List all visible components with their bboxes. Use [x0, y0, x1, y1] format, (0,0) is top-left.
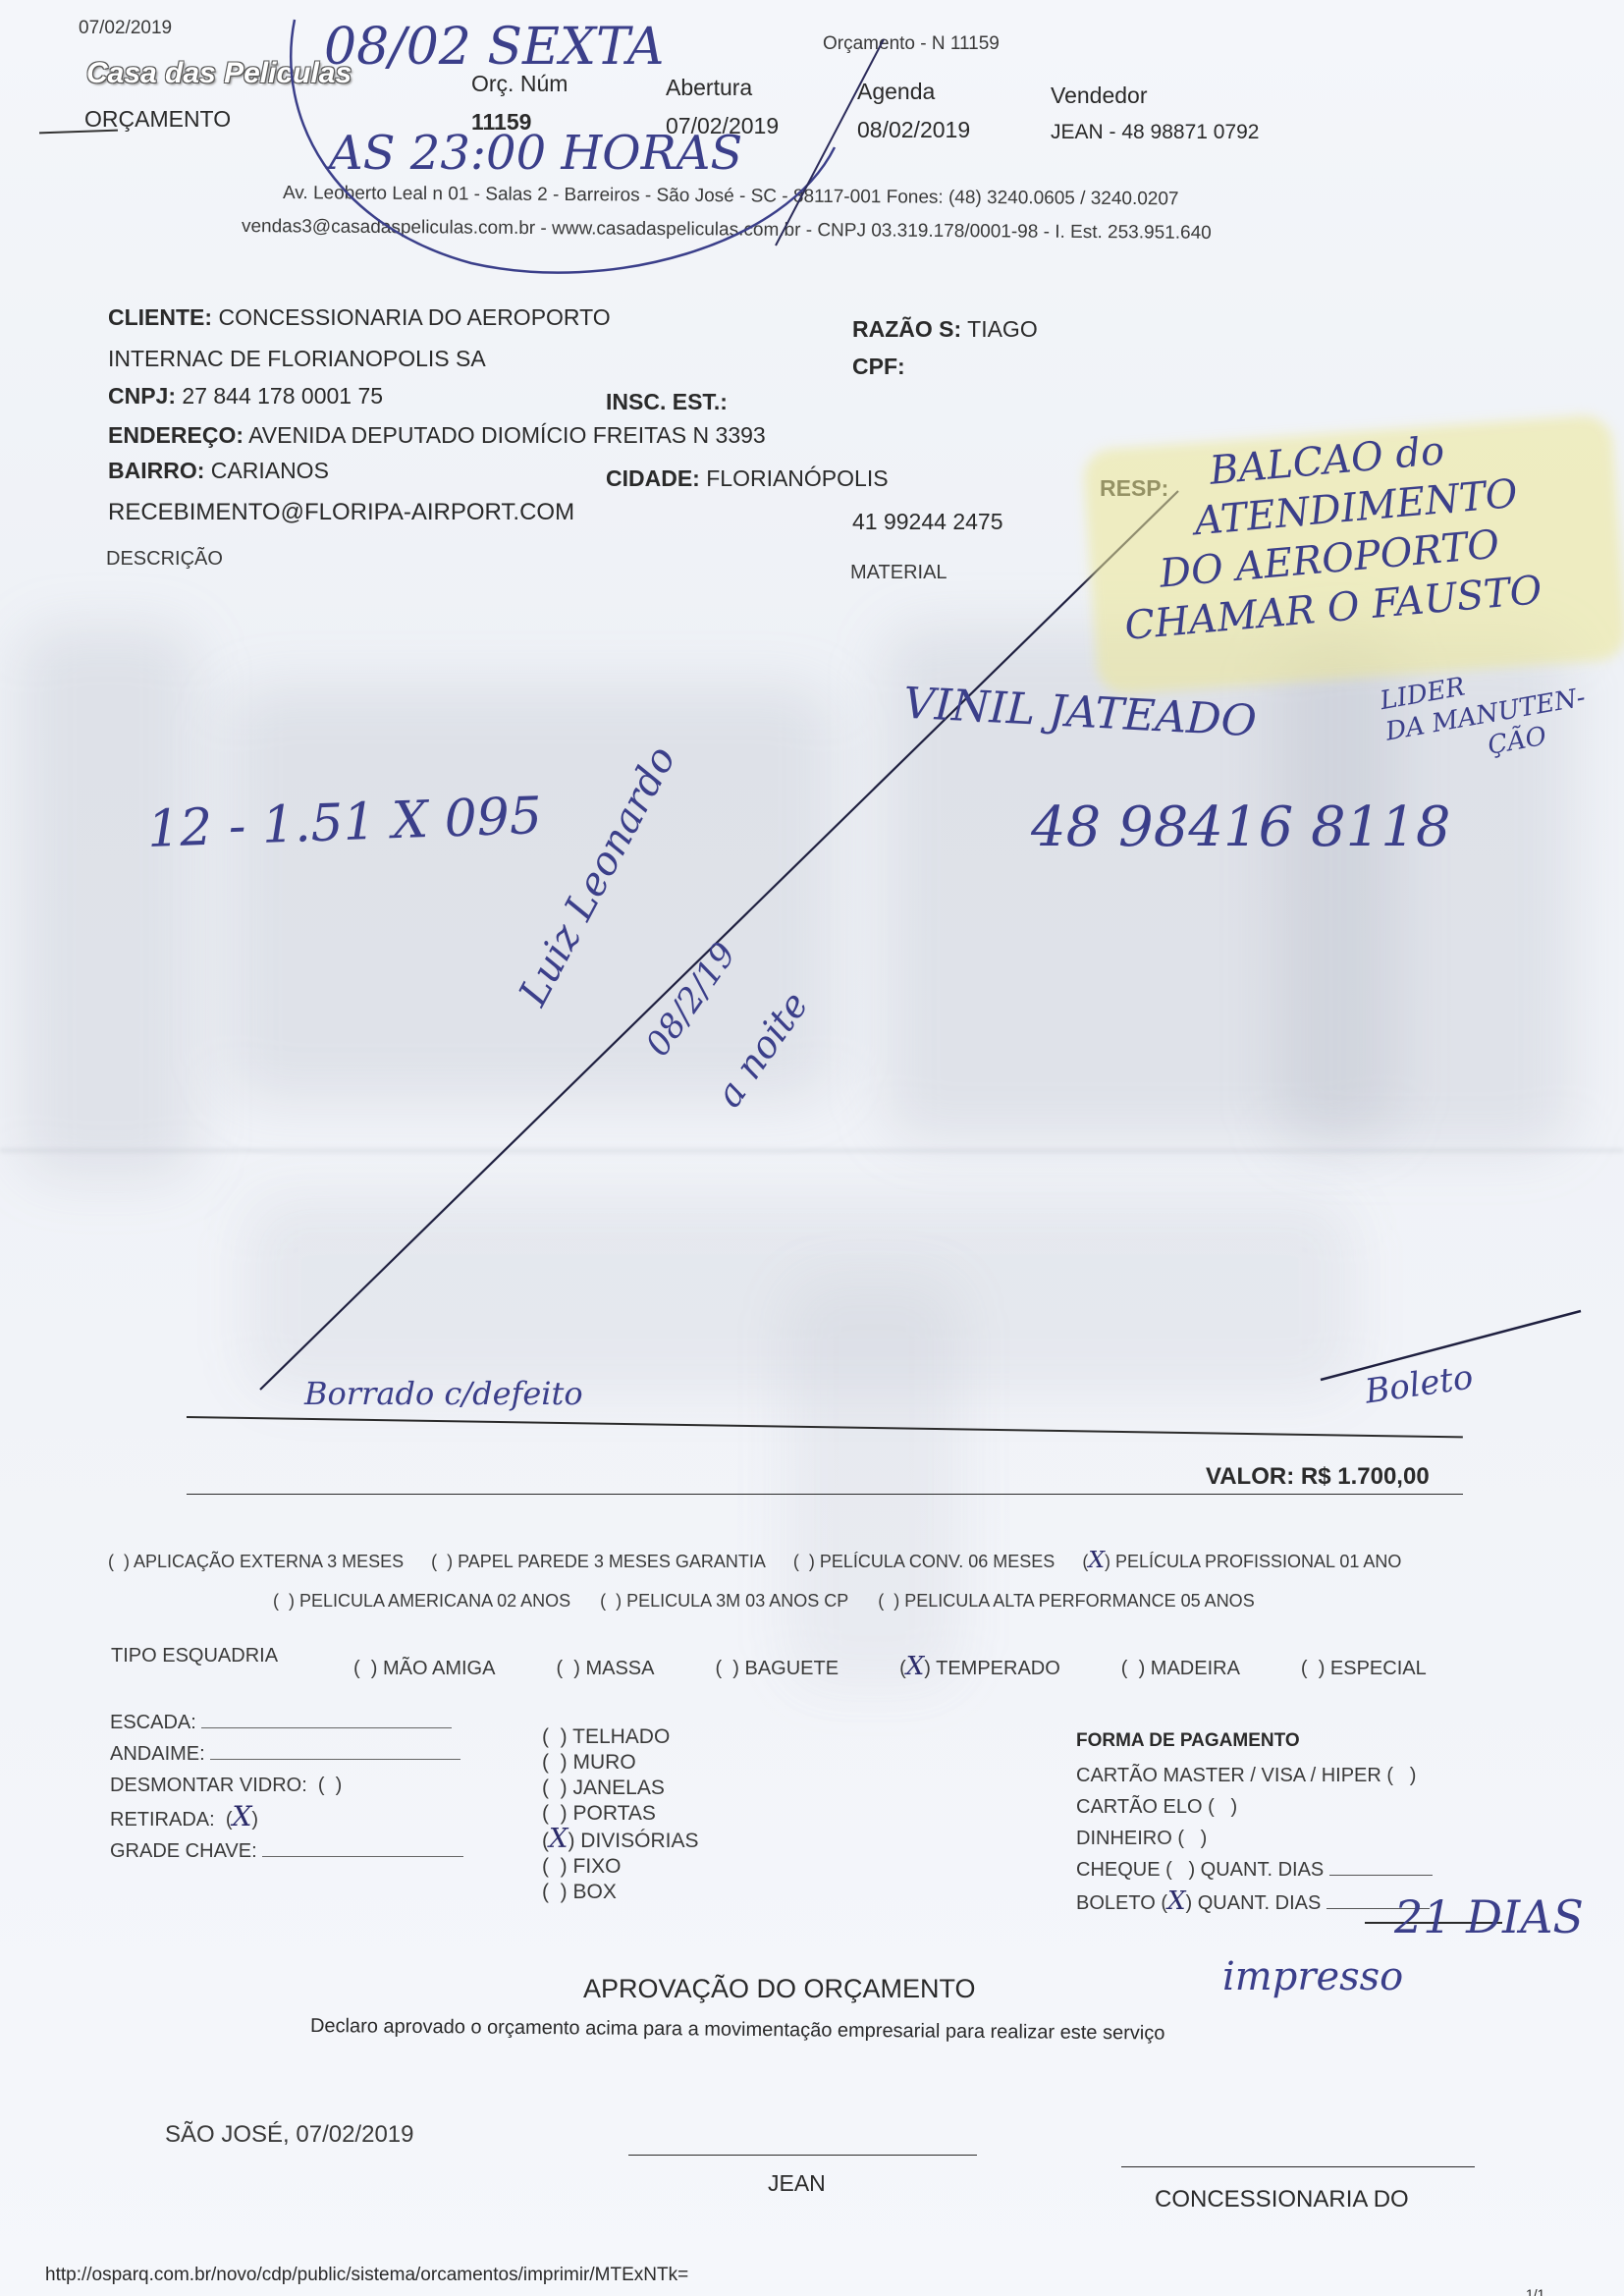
endereco-label: ENDEREÇO:	[108, 422, 244, 448]
insc-est-label: INSC. EST.:	[606, 389, 728, 415]
checkbox[interactable]: ( )	[542, 1777, 568, 1799]
checkbox[interactable]: ( )	[273, 1591, 295, 1611]
option-label: PELÍCULA CONV. 06 MESES	[815, 1552, 1055, 1571]
grade-label: GRADE CHAVE:	[110, 1840, 257, 1862]
checkbox[interactable]: (X)	[542, 1830, 574, 1852]
checkbox[interactable]: ( )	[542, 1802, 568, 1825]
location-option[interactable]: ( ) MURO	[542, 1751, 636, 1774]
client-address: ENDEREÇO: AVENIDA DEPUTADO DIOMÍCIO FREI…	[108, 422, 766, 449]
valor-label: VALOR:	[1206, 1463, 1294, 1490]
option-label: PORTAS	[568, 1802, 656, 1825]
warranty-option[interactable]: ( ) PELÍCULA CONV. 06 MESES	[793, 1552, 1055, 1571]
cliente-value: CONCESSIONARIA DO AEROPORTO	[218, 304, 610, 330]
checkbox[interactable]: ( )	[542, 1725, 568, 1748]
payment-label: CHEQUE	[1076, 1859, 1165, 1881]
checkbox[interactable]: ( )	[793, 1552, 815, 1571]
esquadria-option[interactable]: ( ) BAGUETE	[715, 1658, 839, 1679]
checkbox[interactable]: ( )	[108, 1552, 130, 1571]
payment-title: FORMA DE PAGAMENTO	[1076, 1730, 1300, 1752]
esquadria-option[interactable]: ( ) ESPECIAL	[1301, 1658, 1427, 1679]
checkbox[interactable]: (X)	[1082, 1552, 1110, 1571]
payment-checkbox[interactable]: ( )	[1208, 1796, 1237, 1818]
page-number: 1/1	[1526, 2286, 1544, 2296]
client-name-2: INTERNAC DE FLORIANOPOLIS SA	[108, 346, 486, 372]
cpf-label: CPF:	[852, 354, 905, 380]
pen-markings	[0, 0, 1624, 2296]
locations-list: ( ) TELHADO( ) MURO( ) JANELAS( ) PORTAS…	[542, 1724, 698, 1905]
valor-value: R$ 1.700,00	[1301, 1463, 1430, 1490]
option-label: TEMPERADO	[931, 1658, 1060, 1679]
impresso-note: impresso	[1222, 1954, 1403, 1999]
checkbox[interactable]: ( )	[556, 1658, 579, 1679]
payment-option[interactable]: CARTÃO MASTER / VISA / HIPER ( )	[1076, 1760, 1433, 1791]
retirada-checkbox[interactable]: (X)	[226, 1809, 258, 1831]
checkbox[interactable]: (X)	[899, 1658, 931, 1679]
option-label: MASSA	[580, 1658, 655, 1679]
payment-label: CARTÃO ELO	[1076, 1796, 1208, 1818]
location-option[interactable]: ( ) BOX	[542, 1881, 617, 1903]
client-phone: 41 99244 2475	[852, 509, 1003, 535]
signature-line-client	[1121, 2166, 1475, 2167]
col-descricao: DESCRIÇÃO	[106, 548, 223, 571]
warranty-option[interactable]: (X) PELÍCULA PROFISSIONAL 01 ANO	[1082, 1552, 1401, 1571]
option-label: BOX	[568, 1881, 617, 1903]
checkbox[interactable]: ( )	[600, 1591, 622, 1611]
option-label: PELICULA AMERICANA 02 ANOS	[295, 1591, 570, 1611]
payment-label: CARTÃO MASTER / VISA / HIPER	[1076, 1765, 1386, 1786]
desmontar-label: DESMONTAR VIDRO:	[110, 1775, 307, 1796]
esquadria-options: ( ) MÃO AMIGA( ) MASSA( ) BAGUETE(X) TEM…	[353, 1652, 1488, 1681]
checkbox[interactable]: ( )	[542, 1881, 568, 1903]
handwritten-date: 08/02 SEXTA	[324, 18, 664, 77]
retirada-field[interactable]: RETIRADA: (X)	[110, 1801, 463, 1835]
warranty-option[interactable]: ( ) APLICAÇÃO EXTERNA 3 MESES	[108, 1552, 404, 1571]
option-label: PAPEL PAREDE 3 MESES GARANTIA	[453, 1552, 766, 1571]
bairro-label: BAIRRO:	[108, 458, 204, 483]
client-name: CLIENTE: CONCESSIONARIA DO AEROPORTO	[108, 304, 611, 331]
quant-dias-label: QUANT. DIAS	[1195, 1859, 1329, 1881]
payment-option[interactable]: BOLETO (X) QUANT. DIAS	[1076, 1886, 1433, 1919]
cliente-label: CLIENTE:	[108, 304, 212, 330]
sign-seller: JEAN	[768, 2170, 826, 2197]
payment-label: DINHEIRO	[1076, 1828, 1177, 1849]
cnpj-value: 27 844 178 0001 75	[182, 383, 383, 409]
resp-phone-note: 48 98416 8118	[1031, 795, 1451, 859]
extras-block: ESCADA: ANDAIME: DESMONTAR VIDRO: ( ) RE…	[110, 1707, 463, 1867]
esquadria-option[interactable]: ( ) MÃO AMIGA	[353, 1658, 495, 1679]
handwritten-time: AS 23:00 HORAS	[329, 126, 742, 181]
client-razao: RAZÃO S: TIAGO	[852, 316, 1038, 343]
print-url[interactable]: http://osparq.com.br/novo/cdp/public/sis…	[45, 2265, 688, 2286]
payment-list: CARTÃO MASTER / VISA / HIPER ( )CARTÃO E…	[1076, 1760, 1433, 1919]
retirada-label: RETIRADA:	[110, 1809, 215, 1831]
checkbox[interactable]: ( )	[353, 1658, 377, 1679]
quant-dias-field[interactable]	[1329, 1875, 1433, 1876]
warranty-row-1: ( ) APLICAÇÃO EXTERNA 3 MESES( ) PAPEL P…	[108, 1546, 1429, 1573]
warranty-option[interactable]: ( ) PELICULA ALTA PERFORMANCE 05 ANOS	[878, 1591, 1254, 1611]
checkbox[interactable]: ( )	[1121, 1658, 1145, 1679]
escada-label: ESCADA:	[110, 1712, 196, 1733]
payment-checkbox[interactable]: ( )	[1165, 1859, 1195, 1881]
obs-note: Borrado c/defeito	[304, 1375, 583, 1412]
andaime-field[interactable]: ANDAIME:	[110, 1738, 463, 1770]
option-label: BAGUETE	[739, 1658, 839, 1679]
bairro-value: CARIANOS	[211, 458, 329, 483]
payment-checkbox[interactable]: ( )	[1386, 1765, 1416, 1786]
location-option[interactable]: ( ) PORTAS	[542, 1802, 656, 1825]
option-label: PELÍCULA PROFISSIONAL 01 ANO	[1110, 1552, 1401, 1571]
razao-value: TIAGO	[967, 316, 1038, 342]
option-label: TELHADO	[568, 1725, 671, 1748]
warranty-option[interactable]: ( ) PELICULA AMERICANA 02 ANOS	[273, 1591, 570, 1611]
location-option[interactable]: ( ) TELHADO	[542, 1725, 670, 1748]
grade-field[interactable]: GRADE CHAVE:	[110, 1835, 463, 1867]
cidade-value: FLORIANÓPOLIS	[706, 465, 888, 491]
option-label: MADEIRA	[1145, 1658, 1240, 1679]
checkbox[interactable]: ( )	[878, 1591, 899, 1611]
endereco-value: AVENIDA DEPUTADO DIOMÍCIO FREITAS N 3393	[248, 422, 766, 448]
payment-checkbox[interactable]: (X)	[1161, 1892, 1192, 1914]
payment-option[interactable]: CHEQUE ( ) QUANT. DIAS	[1076, 1854, 1433, 1886]
payment-label: BOLETO	[1076, 1892, 1161, 1914]
desmontar-field[interactable]: DESMONTAR VIDRO: ( )	[110, 1770, 463, 1801]
checkbox[interactable]: ( )	[1301, 1658, 1325, 1679]
divider-line	[187, 1494, 1463, 1495]
option-label: DIVISÓRIAS	[574, 1830, 698, 1852]
esquadria-option[interactable]: ( ) MADEIRA	[1121, 1658, 1240, 1679]
client-cnpj: CNPJ: 27 844 178 0001 75	[108, 383, 383, 410]
cidade-label: CIDADE:	[606, 465, 700, 491]
payment-option[interactable]: CARTÃO ELO ( )	[1076, 1791, 1433, 1823]
option-label: ESPECIAL	[1325, 1658, 1426, 1679]
escada-field[interactable]: ESCADA:	[110, 1707, 463, 1738]
boleto-days-note: 21 DIAS	[1394, 1890, 1584, 1943]
warranty-option[interactable]: ( ) PAPEL PAREDE 3 MESES GARANTIA	[431, 1552, 766, 1571]
esquadria-option[interactable]: ( ) MASSA	[556, 1658, 654, 1679]
option-label: APLICAÇÃO EXTERNA 3 MESES	[130, 1552, 404, 1571]
client-email: RECEBIMENTO@FLORIPA-AIRPORT.COM	[108, 499, 574, 526]
esquadria-option[interactable]: (X) TEMPERADO	[899, 1658, 1060, 1679]
sign-client: CONCESSIONARIA DO	[1155, 2186, 1409, 2214]
location-option[interactable]: ( ) FIXO	[542, 1855, 622, 1878]
location-option[interactable]: (X) DIVISÓRIAS	[542, 1830, 698, 1852]
client-cidade: CIDADE: FLORIANÓPOLIS	[606, 465, 889, 492]
payment-checkbox[interactable]: ( )	[1177, 1828, 1207, 1849]
warranty-row-2: ( ) PELICULA AMERICANA 02 ANOS( ) PELICU…	[273, 1591, 1284, 1612]
option-label: PELICULA ALTA PERFORMANCE 05 ANOS	[899, 1591, 1254, 1611]
warranty-option[interactable]: ( ) PELICULA 3M 03 ANOS CP	[600, 1591, 848, 1611]
quant-dias-label: QUANT. DIAS	[1192, 1892, 1326, 1914]
cnpj-label: CNPJ:	[108, 383, 176, 409]
option-label: PELICULA 3M 03 ANOS CP	[622, 1591, 848, 1611]
valor-total: VALOR: R$ 1.700,00	[1206, 1463, 1430, 1491]
payment-option[interactable]: DINHEIRO ( )	[1076, 1823, 1433, 1854]
location-option[interactable]: ( ) JANELAS	[542, 1777, 665, 1799]
option-label: MURO	[568, 1751, 636, 1774]
desmontar-checkbox[interactable]: ( )	[318, 1775, 342, 1796]
razao-label: RAZÃO S:	[852, 316, 961, 342]
option-label: FIXO	[568, 1855, 622, 1878]
checkbox[interactable]: ( )	[431, 1552, 453, 1571]
checkbox[interactable]: ( )	[542, 1751, 568, 1774]
client-bairro: BAIRRO: CARIANOS	[108, 458, 329, 484]
place-date: SÃO JOSÉ, 07/02/2019	[165, 2121, 414, 2149]
option-label: JANELAS	[568, 1777, 665, 1799]
checkbox[interactable]: ( )	[715, 1658, 738, 1679]
col-material: MATERIAL	[850, 562, 947, 584]
approval-title: APROVAÇÃO DO ORÇAMENTO	[583, 1974, 976, 2004]
resp-note: BALCAO do ATENDIMENTO DO AEROPORTO CHAMA…	[1208, 419, 1544, 643]
andaime-label: ANDAIME:	[110, 1743, 205, 1765]
option-label: MÃO AMIGA	[377, 1658, 495, 1679]
signature-line-seller	[628, 2155, 977, 2156]
esquadria-label: TIPO ESQUADRIA	[111, 1645, 278, 1667]
checkbox[interactable]: ( )	[542, 1855, 568, 1878]
